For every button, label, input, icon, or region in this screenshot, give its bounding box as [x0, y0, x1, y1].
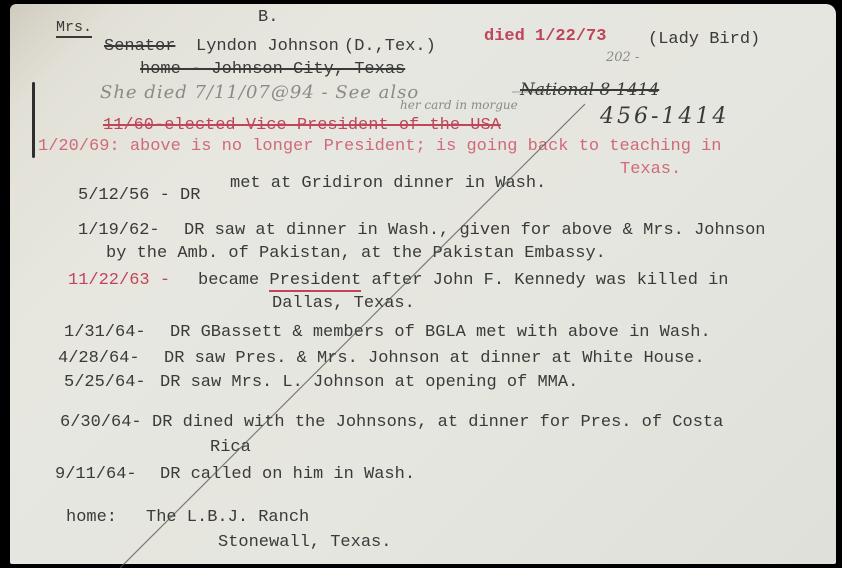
diagonal-cancel-line	[0, 0, 842, 568]
